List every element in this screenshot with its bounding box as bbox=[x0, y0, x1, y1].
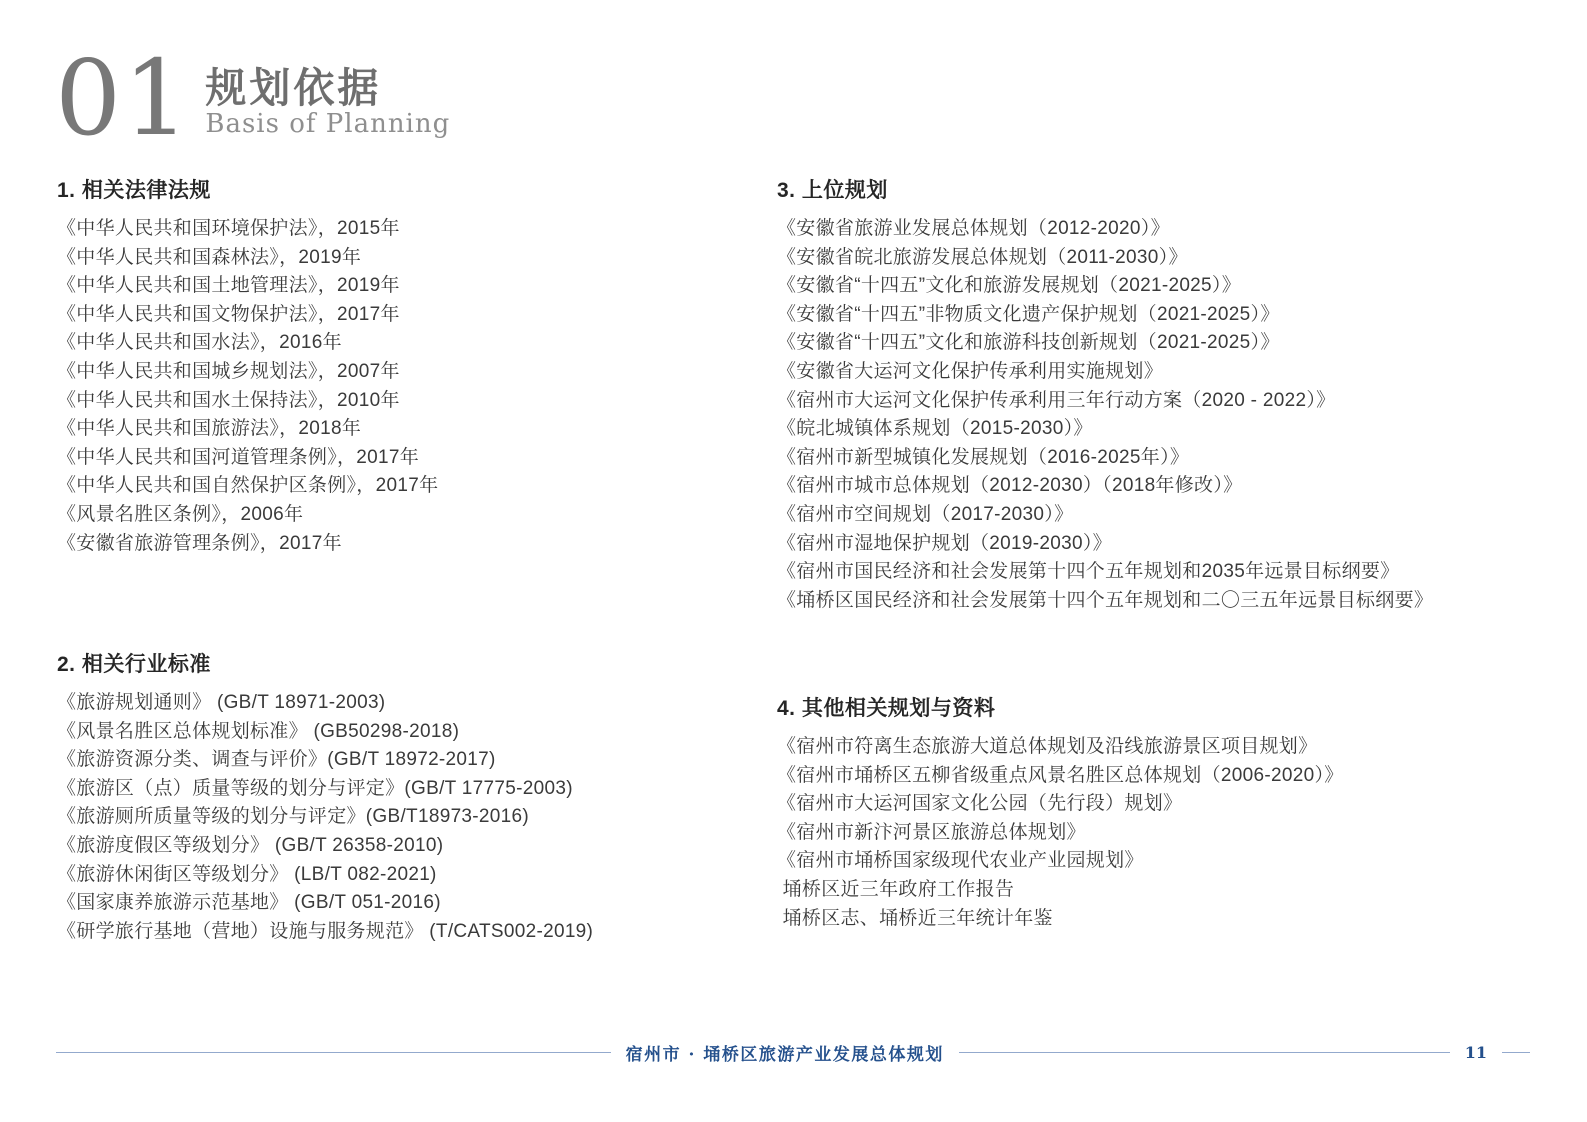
list-item: 《宿州市湿地保护规划（2019-2030）》 bbox=[777, 530, 1557, 559]
list-item: 《旅游度假区等级划分》 (GB/T 26358-2010) bbox=[57, 832, 747, 861]
list-item: 《旅游厕所质量等级的划分与评定》(GB/T18973-2016) bbox=[57, 803, 747, 832]
footer-document-title: 宿州市 · 埇桥区旅游产业发展总体规划 bbox=[626, 1040, 944, 1065]
list-item: 《宿州市埇桥区五柳省级重点风景名胜区总体规划（2006-2020）》 bbox=[777, 762, 1557, 791]
page-number: 11 bbox=[1465, 1043, 1487, 1062]
section-other-materials-heading: 4. 其他相关规划与资料 bbox=[777, 692, 1557, 722]
footer-divider-right bbox=[959, 1052, 1450, 1054]
section-upper-plans-heading: 3. 上位规划 bbox=[777, 174, 1557, 204]
list-item: 《宿州市符离生态旅游大道总体规划及沿线旅游景区项目规划》 bbox=[777, 733, 1557, 762]
footer-divider-short bbox=[1502, 1052, 1530, 1054]
list-item: 《中华人民共和国水土保持法》，2010年 bbox=[57, 387, 747, 416]
list-item: 《宿州市大运河国家文化公园（先行段）规划》 bbox=[777, 790, 1557, 819]
list-item: 《国家康养旅游示范基地》 (GB/T 051-2016) bbox=[57, 889, 747, 918]
list-item: 《宿州市大运河文化保护传承利用三年行动方案（2020 - 2022）》 bbox=[777, 387, 1557, 416]
list-item: 《中华人民共和国自然保护区条例》，2017年 bbox=[57, 472, 747, 501]
list-item: 《安徽省“十四五”文化和旅游科技创新规划（2021-2025）》 bbox=[777, 329, 1557, 358]
section-other-materials-items: 《宿州市符离生态旅游大道总体规划及沿线旅游景区项目规划》《宿州市埇桥区五柳省级重… bbox=[777, 733, 1557, 933]
list-item: 《风景名胜区总体规划标准》 (GB50298-2018) bbox=[57, 718, 747, 747]
list-item: 《安徽省大运河文化保护传承利用实施规划》 bbox=[777, 358, 1557, 387]
document-page: 01 规划依据 Basis of Planning 1. 相关法律法规 《中华人… bbox=[0, 0, 1587, 1122]
footer-divider-left bbox=[56, 1052, 611, 1054]
list-item: 《中华人民共和国文物保护法》，2017年 bbox=[57, 301, 747, 330]
list-item: 《旅游资源分类、调查与评价》(GB/T 18972-2017) bbox=[57, 746, 747, 775]
section-upper-plans: 3. 上位规划 《安徽省旅游业发展总体规划（2012-2020）》《安徽省皖北旅… bbox=[777, 174, 1557, 615]
section-standards: 2. 相关行业标准 《旅游规划通则》 (GB/T 18971-2003)《风景名… bbox=[57, 648, 747, 946]
section-laws-items: 《中华人民共和国环境保护法》，2015年《中华人民共和国森林法》，2019年《中… bbox=[57, 215, 747, 558]
list-item: 《皖北城镇体系规划（2015-2030）》 bbox=[777, 415, 1557, 444]
chapter-number: 01 bbox=[55, 48, 191, 148]
chapter-titles: 规划依据 Basis of Planning bbox=[205, 66, 450, 138]
section-standards-items: 《旅游规划通则》 (GB/T 18971-2003)《风景名胜区总体规划标准》 … bbox=[57, 689, 747, 946]
list-item: 《中华人民共和国森林法》，2019年 bbox=[57, 244, 747, 273]
list-item: 《埇桥区国民经济和社会发展第十四个五年规划和二〇三五年远景目标纲要》 bbox=[777, 587, 1557, 616]
page-footer: 宿州市 · 埇桥区旅游产业发展总体规划 11 bbox=[56, 1040, 1530, 1065]
list-item: 《宿州市国民经济和社会发展第十四个五年规划和2035年远景目标纲要》 bbox=[777, 558, 1557, 587]
section-laws: 1. 相关法律法规 《中华人民共和国环境保护法》，2015年《中华人民共和国森林… bbox=[57, 174, 747, 558]
list-item: 《宿州市新型城镇化发展规划（2016-2025年）》 bbox=[777, 444, 1557, 473]
list-item: 《宿州市埇桥国家级现代农业产业园规划》 bbox=[777, 847, 1557, 876]
list-item: 《宿州市城市总体规划（2012-2030）（2018年修改）》 bbox=[777, 472, 1557, 501]
list-item: 《宿州市新汴河景区旅游总体规划》 bbox=[777, 819, 1557, 848]
list-item: 《中华人民共和国水法》，2016年 bbox=[57, 329, 747, 358]
list-item: 《旅游区（点）质量等级的划分与评定》(GB/T 17775-2003) bbox=[57, 775, 747, 804]
list-item: 《中华人民共和国环境保护法》，2015年 bbox=[57, 215, 747, 244]
list-item: 埇桥区近三年政府工作报告 bbox=[777, 876, 1557, 905]
list-item: 《中华人民共和国城乡规划法》，2007年 bbox=[57, 358, 747, 387]
list-item: 《中华人民共和国土地管理法》，2019年 bbox=[57, 272, 747, 301]
chapter-subtitle: Basis of Planning bbox=[205, 110, 450, 138]
list-item: 《安徽省旅游业发展总体规划（2012-2020）》 bbox=[777, 215, 1557, 244]
list-item: 《宿州市空间规划（2017-2030）》 bbox=[777, 501, 1557, 530]
list-item: 《旅游休闲街区等级划分》 (LB/T 082-2021) bbox=[57, 861, 747, 890]
list-item: 《安徽省皖北旅游发展总体规划（2011-2030）》 bbox=[777, 244, 1557, 273]
list-item: 《中华人民共和国旅游法》，2018年 bbox=[57, 415, 747, 444]
section-standards-heading: 2. 相关行业标准 bbox=[57, 648, 747, 678]
list-item: 《旅游规划通则》 (GB/T 18971-2003) bbox=[57, 689, 747, 718]
list-item: 《研学旅行基地（营地）设施与服务规范》 (T/CATS002-2019) bbox=[57, 918, 747, 947]
list-item: 《安徽省“十四五”文化和旅游发展规划（2021-2025）》 bbox=[777, 272, 1557, 301]
list-item: 《安徽省旅游管理条例》，2017年 bbox=[57, 530, 747, 559]
chapter-header: 01 规划依据 Basis of Planning bbox=[55, 48, 450, 148]
section-upper-plans-items: 《安徽省旅游业发展总体规划（2012-2020）》《安徽省皖北旅游发展总体规划（… bbox=[777, 215, 1557, 615]
section-laws-heading: 1. 相关法律法规 bbox=[57, 174, 747, 204]
list-item: 《风景名胜区条例》，2006年 bbox=[57, 501, 747, 530]
section-other-materials: 4. 其他相关规划与资料 《宿州市符离生态旅游大道总体规划及沿线旅游景区项目规划… bbox=[777, 692, 1557, 933]
chapter-title: 规划依据 bbox=[205, 66, 450, 110]
list-item: 《安徽省“十四五”非物质文化遗产保护规划（2021-2025）》 bbox=[777, 301, 1557, 330]
list-item: 埇桥区志、埇桥近三年统计年鉴 bbox=[777, 905, 1557, 934]
list-item: 《中华人民共和国河道管理条例》，2017年 bbox=[57, 444, 747, 473]
